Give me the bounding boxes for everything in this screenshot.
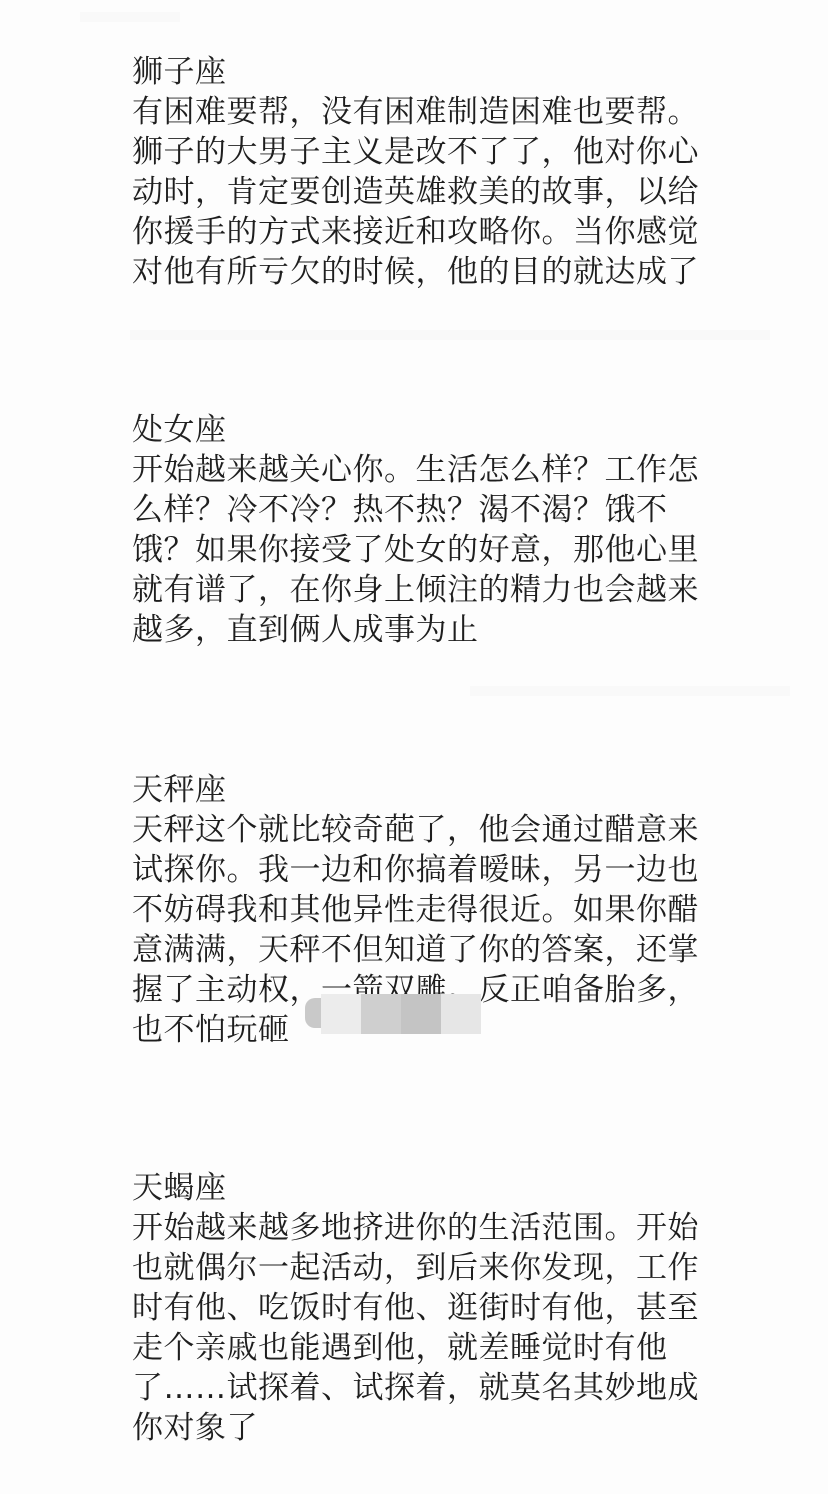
text-line: 开始越来越多地挤进你的生活范围。开始 xyxy=(132,1208,782,1248)
section-scorpio: 天蝎座 开始越来越多地挤进你的生活范围。开始 也就偶尔一起活动，到后来你发现，工… xyxy=(132,1168,782,1448)
section-leo: 狮子座 有困难要帮，没有困难制造困难也要帮。 狮子的大男子主义是改不了了，他对你… xyxy=(132,52,782,292)
text-line: 试探你。我一边和你搞着暧昧，另一边也 xyxy=(132,850,782,890)
text-line: 你援手的方式来接近和攻略你。当你感觉 xyxy=(132,212,782,252)
text-line: 对他有所亏欠的时候，他的目的就达成了 xyxy=(132,252,782,292)
text-line: 开始越来越关心你。生活怎么样？工作怎 xyxy=(132,450,782,490)
text-line: 狮子的大男子主义是改不了了，他对你心 xyxy=(132,132,782,172)
text-line: 你对象了 xyxy=(132,1408,782,1448)
faint-artifact-1 xyxy=(130,330,770,340)
faint-artifact-2 xyxy=(470,686,790,696)
section-title: 天秤座 xyxy=(132,770,782,810)
text-line: 走个亲戚也能遇到他，就差睡觉时有他 xyxy=(132,1328,782,1368)
mosaic-redaction xyxy=(305,994,481,1034)
text-line: 饿？如果你接受了处女的好意，那他心里 xyxy=(132,530,782,570)
text-line: 了……试探着、试探着，就莫名其妙地成 xyxy=(132,1368,782,1408)
text-line: 越多，直到俩人成事为止 xyxy=(132,610,782,650)
text-line: 动时，肯定要创造英雄救美的故事，以给 xyxy=(132,172,782,212)
text-line: 有困难要帮，没有困难制造困难也要帮。 xyxy=(132,92,782,132)
section-virgo: 处女座 开始越来越关心你。生活怎么样？工作怎 么样？冷不冷？热不热？渴不渴？饿不… xyxy=(132,410,782,650)
text-line: 么样？冷不冷？热不热？渴不渴？饿不 xyxy=(132,490,782,530)
text-line: 就有谱了，在你身上倾注的精力也会越来 xyxy=(132,570,782,610)
section-title: 处女座 xyxy=(132,410,782,450)
text-line: 天秤这个就比较奇葩了，他会通过醋意来 xyxy=(132,810,782,850)
section-title: 天蝎座 xyxy=(132,1168,782,1208)
text-line: 也就偶尔一起活动，到后来你发现，工作 xyxy=(132,1248,782,1288)
faint-artifact-top xyxy=(80,12,180,22)
text-line: 意满满，天秤不但知道了你的答案，还掌 xyxy=(132,930,782,970)
text-line: 时有他、吃饭时有他、逛街时有他，甚至 xyxy=(132,1288,782,1328)
section-title: 狮子座 xyxy=(132,52,782,92)
text-line: 不妨碍我和其他异性走得很近。如果你醋 xyxy=(132,890,782,930)
